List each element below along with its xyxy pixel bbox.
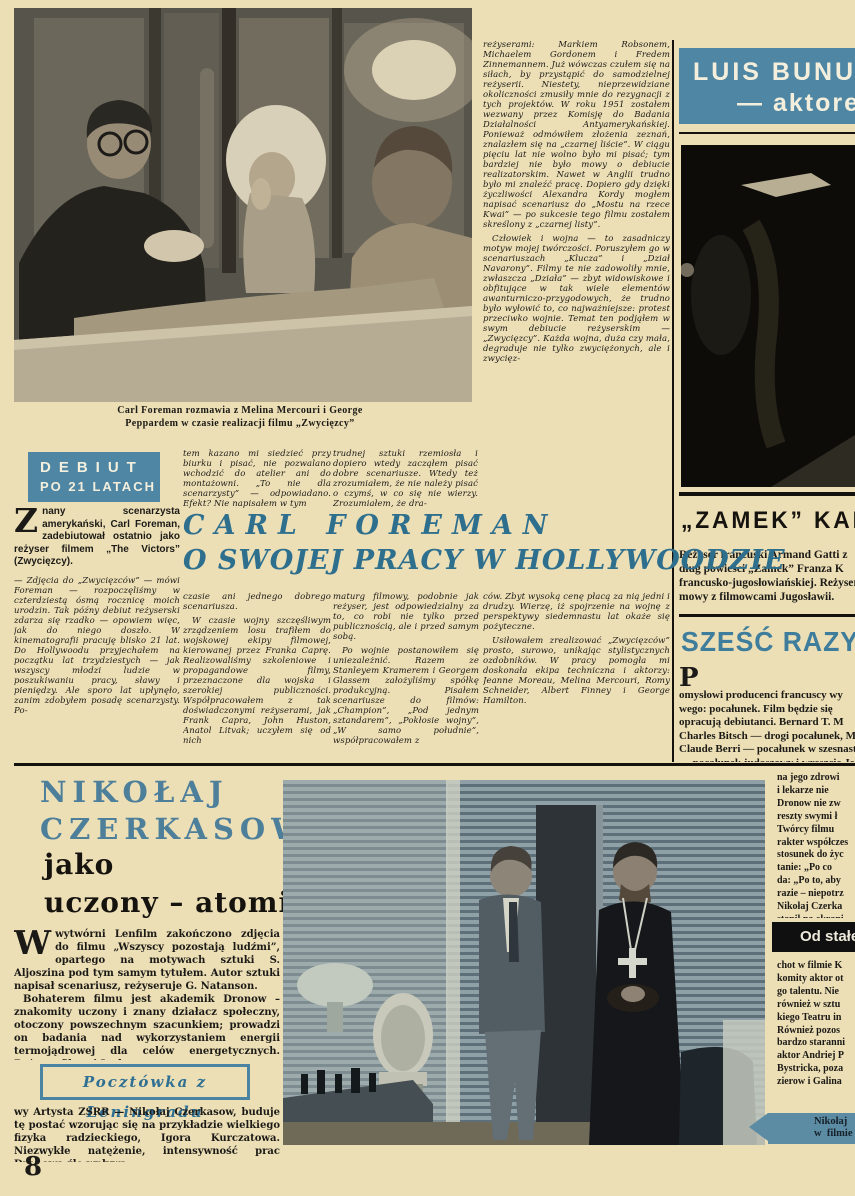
czerkasow-p3: wy Artysta ZSRR — Nikołaj Czerkasow, bud… [14, 1106, 280, 1162]
rail-rule-thick [679, 492, 855, 496]
column2-p1: czasie ani jednego dobrego scenariusza. [183, 592, 331, 612]
column3-top: trudnej sztuki rzemiosła i dopiero wtedy… [333, 449, 478, 511]
magazine-page: Carl Foreman rozmawia z Melina Mercouri … [0, 0, 855, 1196]
caption-line-1: Carl Foreman rozmawia z Melina Mercouri … [75, 405, 405, 418]
foreman-film-still-photo [14, 8, 472, 402]
od-stale-box: Od stałe [772, 922, 855, 952]
bunuel-headline-line2: — aktorem [679, 87, 855, 118]
czerkasow-film-still-photo [283, 780, 765, 1145]
czerkasow-film-still-illustration [283, 780, 765, 1145]
top-photo-caption: Carl Foreman rozmawia z Melina Mercouri … [75, 405, 405, 430]
czerkasow-title-line1: NIKOŁAJ [40, 774, 310, 811]
czerkasow-subtitle-jako: jako [44, 848, 114, 881]
dark-photo-illustration [681, 145, 855, 487]
czerkasow-dropcap: W [14, 929, 51, 956]
column3-p2: Po wojnie postanowiłem się uniezależnić.… [333, 646, 479, 746]
ribbon-arrow-icon [749, 1113, 768, 1141]
bunuel-headline-box: LUIS BUNUEL — aktorem [679, 48, 855, 124]
lead-paragraph: Znany scenarzysta amerykański, Carl Fore… [14, 506, 180, 569]
szesc-razy-text: Pomysłowi producenci francuscy wy wego: … [679, 666, 855, 762]
debiut-heading-box: DEBIUT PO 21 LATACH [28, 452, 160, 502]
column3-bottom: maturg filmowy, podobnie jak reżyser, je… [333, 592, 479, 764]
column1-p2: — Zdjęcia do „Zwycięzców” — mówi Foreman… [14, 576, 180, 716]
debiut-line2: PO 21 LATACH [28, 476, 160, 494]
czerkasow-title-line2: CZERKASOW [40, 811, 310, 848]
rail-rule-thin [679, 132, 855, 134]
photo-caption-ribbon: Nikołaj C w filmie [768, 1113, 855, 1144]
column2-bottom: czasie ani jednego dobrego scenariusza. … [183, 592, 331, 764]
column2-top: tem kazano mi siedzieć przy biurku i pis… [183, 449, 331, 511]
foreman-headline: CARL FOREMAN O SWOJEJ PRACY W HOLLYWOODZ… [183, 510, 786, 576]
interview-p3: ców. Zbyt wysoką cenę płacą za nią jedni… [483, 592, 670, 632]
column2-p2: W czasie wojny szczęśliwym zrządzeniem l… [183, 616, 331, 746]
bottom-right-column-lower: chot w filmie K komity aktor ot go talen… [777, 960, 855, 1094]
czerkasow-lead-text: wytwórni Lenfilm zakończono zdjęcia do f… [14, 929, 280, 992]
foreman-film-still-illustration [14, 8, 472, 402]
bunuel-headline-line1: LUIS BUNUEL [679, 48, 855, 87]
column1: Znany scenarzysta amerykański, Carl Fore… [14, 506, 180, 762]
czerkasow-lead: Wwytwórni Lenfilm zakończono zdjęcia do … [14, 928, 280, 993]
szesc-body: omysłowi producenci francuscy wy wego: p… [679, 689, 855, 762]
vertical-divider [672, 40, 674, 762]
interview-column-lower: ców. Zbyt wysoką cenę płacą za nią jedni… [483, 592, 670, 762]
foreman-headline-line1: CARL FOREMAN [183, 510, 786, 541]
bottom-right-column-upper: na jego zdrowi i lekarze nie Dronow nie … [777, 772, 855, 918]
szesc-dropcap: P [679, 667, 699, 689]
czerkasow-body: Wwytwórni Lenfilm zakończono zdjęcia do … [14, 928, 280, 1060]
interview-paragraph: Człowiek i wojna — to zasadniczy motyw m… [483, 234, 670, 364]
bunuel-dark-photo [681, 145, 855, 487]
page-number: 8 [24, 1152, 42, 1182]
debiut-line1: DEBIUT [28, 452, 160, 476]
rail-rule-mid [679, 614, 855, 617]
section-divider [14, 763, 855, 766]
interview-p4: Usiłowałem zrealizować „Zwycięzców” pros… [483, 636, 670, 706]
lead-dropcap: Z [14, 507, 38, 534]
czerkasow-p2: Bohaterem filmu jest akademik Dronow – z… [14, 993, 280, 1060]
interview-column-upper: reżyserami: Markiem Robsonem, Michaelem … [483, 40, 670, 534]
pocztowka-box: Pocztówka z Leningradu [40, 1064, 250, 1100]
foreman-headline-line2: O SWOJEJ PRACY W HOLLYWOODZIE [183, 545, 786, 576]
szesc-razy-heading: SZEŚĆ RAZY O [681, 626, 855, 658]
column3-p1: maturg filmowy, podobnie jak reżyser, je… [333, 592, 479, 642]
czerkasow-title: NIKOŁAJ CZERKASOW [40, 774, 310, 848]
interview-paragraph: reżyserami: Markiem Robsonem, Michaelem … [483, 40, 670, 230]
lead-text: nany scenarzysta amerykański, Carl Forem… [14, 506, 180, 567]
caption-line-2: Peppardem w czasie realizacji filmu „Zwy… [75, 418, 405, 431]
column1-paragraph: — Zdjęcia do „Zwycięzców” — mówi Foreman… [14, 576, 180, 716]
